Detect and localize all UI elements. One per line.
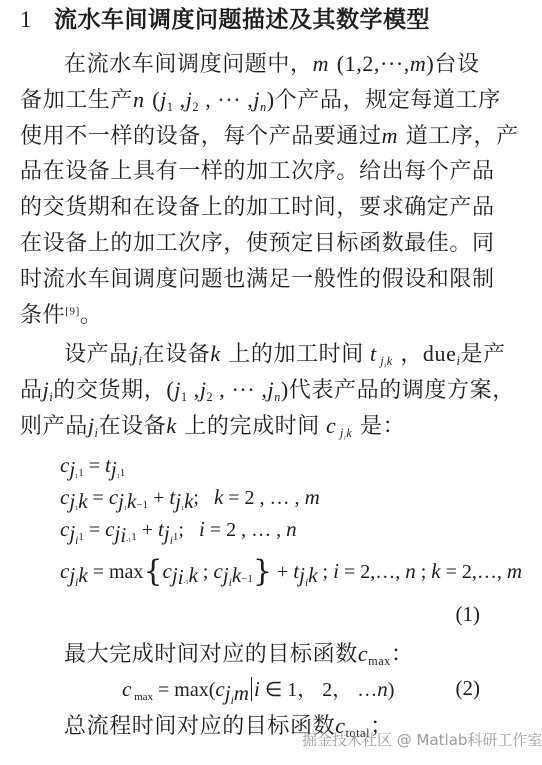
para3-line: 最大完成时间对应的目标函数cmax： bbox=[64, 640, 413, 669]
para2-line3: 则产品ji在设备k 上的完成时间 c jik 是： bbox=[20, 412, 405, 441]
watermark: 掘金技术社区 @ Matlab科研工作室 bbox=[302, 729, 542, 750]
equation-1c: cji1 = cji-11 + tji1; i = 2 , … , n bbox=[60, 516, 297, 543]
equation-1a: cj11 = tj11 bbox=[60, 452, 125, 479]
equation-number-1: (1) bbox=[456, 602, 481, 627]
para2-line1: 设产品ji在设备k 上的加工时间 t jik ，duei是产 bbox=[64, 340, 506, 369]
equation-number-2: (2) bbox=[456, 676, 481, 701]
section-heading: 1流水车间调度问题描述及其数学模型 bbox=[20, 6, 430, 34]
para1-line8: 条件[9]。 bbox=[20, 302, 102, 330]
section-title: 流水车间调度问题描述及其数学模型 bbox=[54, 7, 430, 33]
equation-1d: cjik = max{cji-1k ; cjik−1} + tjik ; i =… bbox=[60, 558, 522, 585]
citation[interactable]: [9] bbox=[65, 305, 80, 317]
section-number: 1 bbox=[20, 7, 32, 32]
equation-1b: cj1k = cj1k−1 + tj1k; k = 2 , … , m bbox=[60, 484, 320, 511]
para1-line4: 品在设备上具有一样的加工次序。给出每个产品 bbox=[20, 158, 495, 186]
para1-line1: 在流水车间调度问题中，m (1,2,···,m)台设 bbox=[64, 50, 480, 79]
para1-line2: 备加工生产n (j1 ,j2 , ··· ,jn)个产品，规定每道工序 bbox=[20, 86, 501, 115]
para1-line7: 时流水车间调度问题也满足一般性的假设和限制 bbox=[20, 266, 495, 294]
equation-2: c max = max(cjimi ∈ 1， 2， …n) bbox=[122, 676, 394, 703]
para1-line5: 的交货期和在设备上的加工时间，要求确定产品 bbox=[20, 194, 495, 222]
para1-line6: 在设备上的加工次序，使预定目标函数最佳。同 bbox=[20, 230, 495, 258]
para2-line2: 品ji的交货期，(j1 ,j2 , ··· ,jn)代表产品的调度方案， bbox=[20, 376, 515, 405]
para1-line3: 使用不一样的设备，每个产品要通过m 道工序，产 bbox=[20, 122, 519, 151]
